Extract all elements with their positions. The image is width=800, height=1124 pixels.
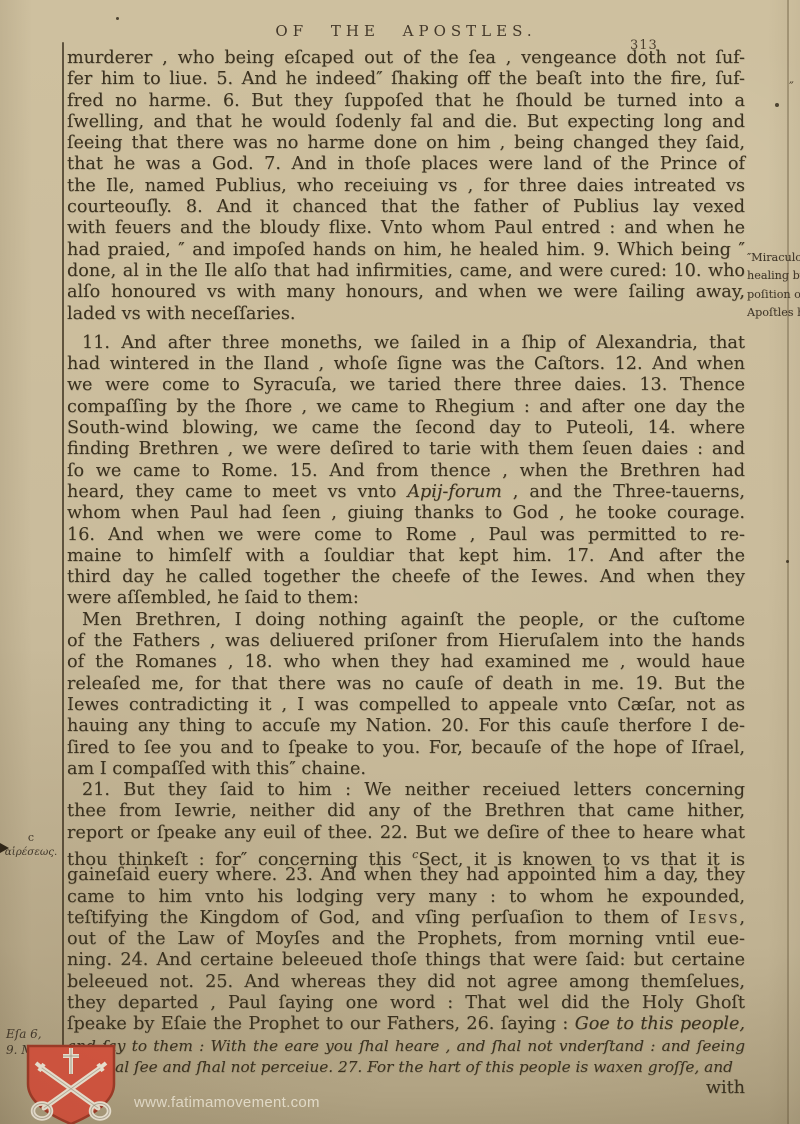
text-line: out of the Law of Moyſes and the Prophet… bbox=[67, 929, 745, 950]
text-line: maine to himſelf with a ſouldiar that ke… bbox=[67, 546, 745, 567]
text-line: teſtifying the Kingdom of God, and vſing… bbox=[67, 908, 745, 929]
text-line: of the Fathers , was deliuered priſoner … bbox=[67, 631, 745, 652]
text-line: that he was a God. 7. And in thoſe place… bbox=[67, 154, 745, 175]
text-line: of the Romanes , 18. who when they had e… bbox=[67, 652, 745, 673]
text-line: done, al in the Ile alſo that had infirm… bbox=[67, 261, 745, 282]
text-line: Iewes contradicting it , I was compelled… bbox=[67, 695, 745, 716]
text-line: am I compaſſed with this″ chaine. bbox=[67, 759, 745, 780]
text-line: hauing any thing to accuſe my Nation. 20… bbox=[67, 716, 745, 737]
margin-note-letter: c bbox=[2, 830, 60, 845]
margin-note-line: poſition of the bbox=[747, 286, 800, 304]
ink-speck bbox=[116, 17, 119, 20]
text-line: alſo honoured vs with many honours, and … bbox=[67, 282, 745, 303]
text-line: and ſay to them : With the eare you ſhal… bbox=[67, 1036, 745, 1057]
text-line: ning. 24. And certaine beleeued thoſe th… bbox=[67, 950, 745, 971]
ink-speck bbox=[786, 560, 789, 563]
margin-note-right: ″Miraculous-healing by im-poſition of th… bbox=[747, 249, 800, 323]
text-line: we were come to Syracuſa, we taried ther… bbox=[67, 375, 745, 396]
text-line: finding Brethren , we were deſired to ta… bbox=[67, 439, 745, 460]
margin-note-line: ″Miraculous- bbox=[747, 249, 800, 267]
margin-note-greek-word: αἱρέσεως. bbox=[2, 845, 60, 860]
crossed-keys-crest-icon bbox=[20, 1040, 122, 1124]
text-line: ſeeing that there was no harme done on h… bbox=[67, 133, 745, 154]
text-line: heard, they came to meet vs vnto Apij-fo… bbox=[67, 482, 745, 503]
text-line: Men Brethren, I doing nothing againſt th… bbox=[67, 610, 745, 631]
text-line: thou thinkeſt : for″ concerning this cSe… bbox=[67, 844, 745, 865]
text-line: gaineſaid euery where. 23. And when they… bbox=[67, 865, 745, 886]
text-line: laded vs with neceſſaries. bbox=[67, 304, 745, 325]
text-line: came to him vnto his lodging very many :… bbox=[67, 887, 745, 908]
text-line: had wintered in the Iland , whoſe ſigne … bbox=[67, 354, 745, 375]
text-line: with feuers and the bloudy flixe. Vnto w… bbox=[67, 218, 745, 239]
text-line: they departed , Paul ſaying one word : T… bbox=[67, 993, 745, 1014]
text-line: whom when Paul had ſeen , giuing thanks … bbox=[67, 503, 745, 524]
text-line: ſwelling, and that he would ſodenly fal … bbox=[67, 112, 745, 133]
text-line: compaſſing by the ſhore , we came to Rhe… bbox=[67, 397, 745, 418]
text-line: South-wind blowing, we came the ſecond d… bbox=[67, 418, 745, 439]
text-line: the Ile, named Publius, who receiuing vs… bbox=[67, 176, 745, 197]
margin-note-line: healing by im- bbox=[747, 267, 800, 285]
edge-quote-mark: ″ bbox=[789, 80, 794, 95]
ink-speck bbox=[775, 103, 779, 107]
text-line: releaſed me, for that there was no cauſe… bbox=[67, 674, 745, 695]
text-line: fred no harme. 6. But they ſuppoſed that… bbox=[67, 91, 745, 112]
margin-note-left-greek: c αἱρέσεως. bbox=[2, 830, 60, 860]
text-line: thee from Iewrie, neither did any of the… bbox=[67, 801, 745, 822]
text-line: had praied, ″ and impoſed hands on him, … bbox=[67, 240, 745, 261]
page-edge-strip bbox=[789, 0, 800, 1124]
text-line: third day he called together the cheefe … bbox=[67, 567, 745, 588]
text-line: were aſſembled, he ſaid to them: bbox=[67, 588, 745, 609]
text-line: 21. But they ſaid to him : We neither re… bbox=[67, 780, 745, 801]
text-line: you ſhal ſee and ſhal not perceiue. 27. … bbox=[67, 1057, 745, 1078]
margin-note-line: Apoſtles hāds. bbox=[747, 304, 800, 322]
text-line: 16. And when we were come to Rome , Paul… bbox=[67, 525, 745, 546]
text-line: courteouſly. 8. And it chanced that the … bbox=[67, 197, 745, 218]
text-line: fer him to liue. 5. And he indeed″ ſhaki… bbox=[67, 69, 745, 90]
text-line: ſpeake by Eſaie the Prophet to our Fathe… bbox=[67, 1014, 745, 1035]
watermark-url: www.fatimamovement.com bbox=[134, 1094, 320, 1111]
body-text: murderer , who being eſcaped out of the … bbox=[67, 48, 745, 1100]
text-line: beleeued not. 25. And whereas they did n… bbox=[67, 972, 745, 993]
text-line: report or ſpeake any euil of thee. 22. B… bbox=[67, 823, 745, 844]
text-line: ſired to ſee you and to ſpeake to you. F… bbox=[67, 738, 745, 759]
text-line: 11. And after three moneths, we ſailed i… bbox=[67, 333, 745, 354]
text-block-rule bbox=[62, 42, 64, 1086]
text-line: ſo we came to Rome. 15. And from thence … bbox=[67, 461, 745, 482]
text-line: murderer , who being eſcaped out of the … bbox=[67, 48, 745, 69]
scanned-book-page: OF THE APOSTLES. 313 murderer , who bein… bbox=[0, 0, 800, 1124]
